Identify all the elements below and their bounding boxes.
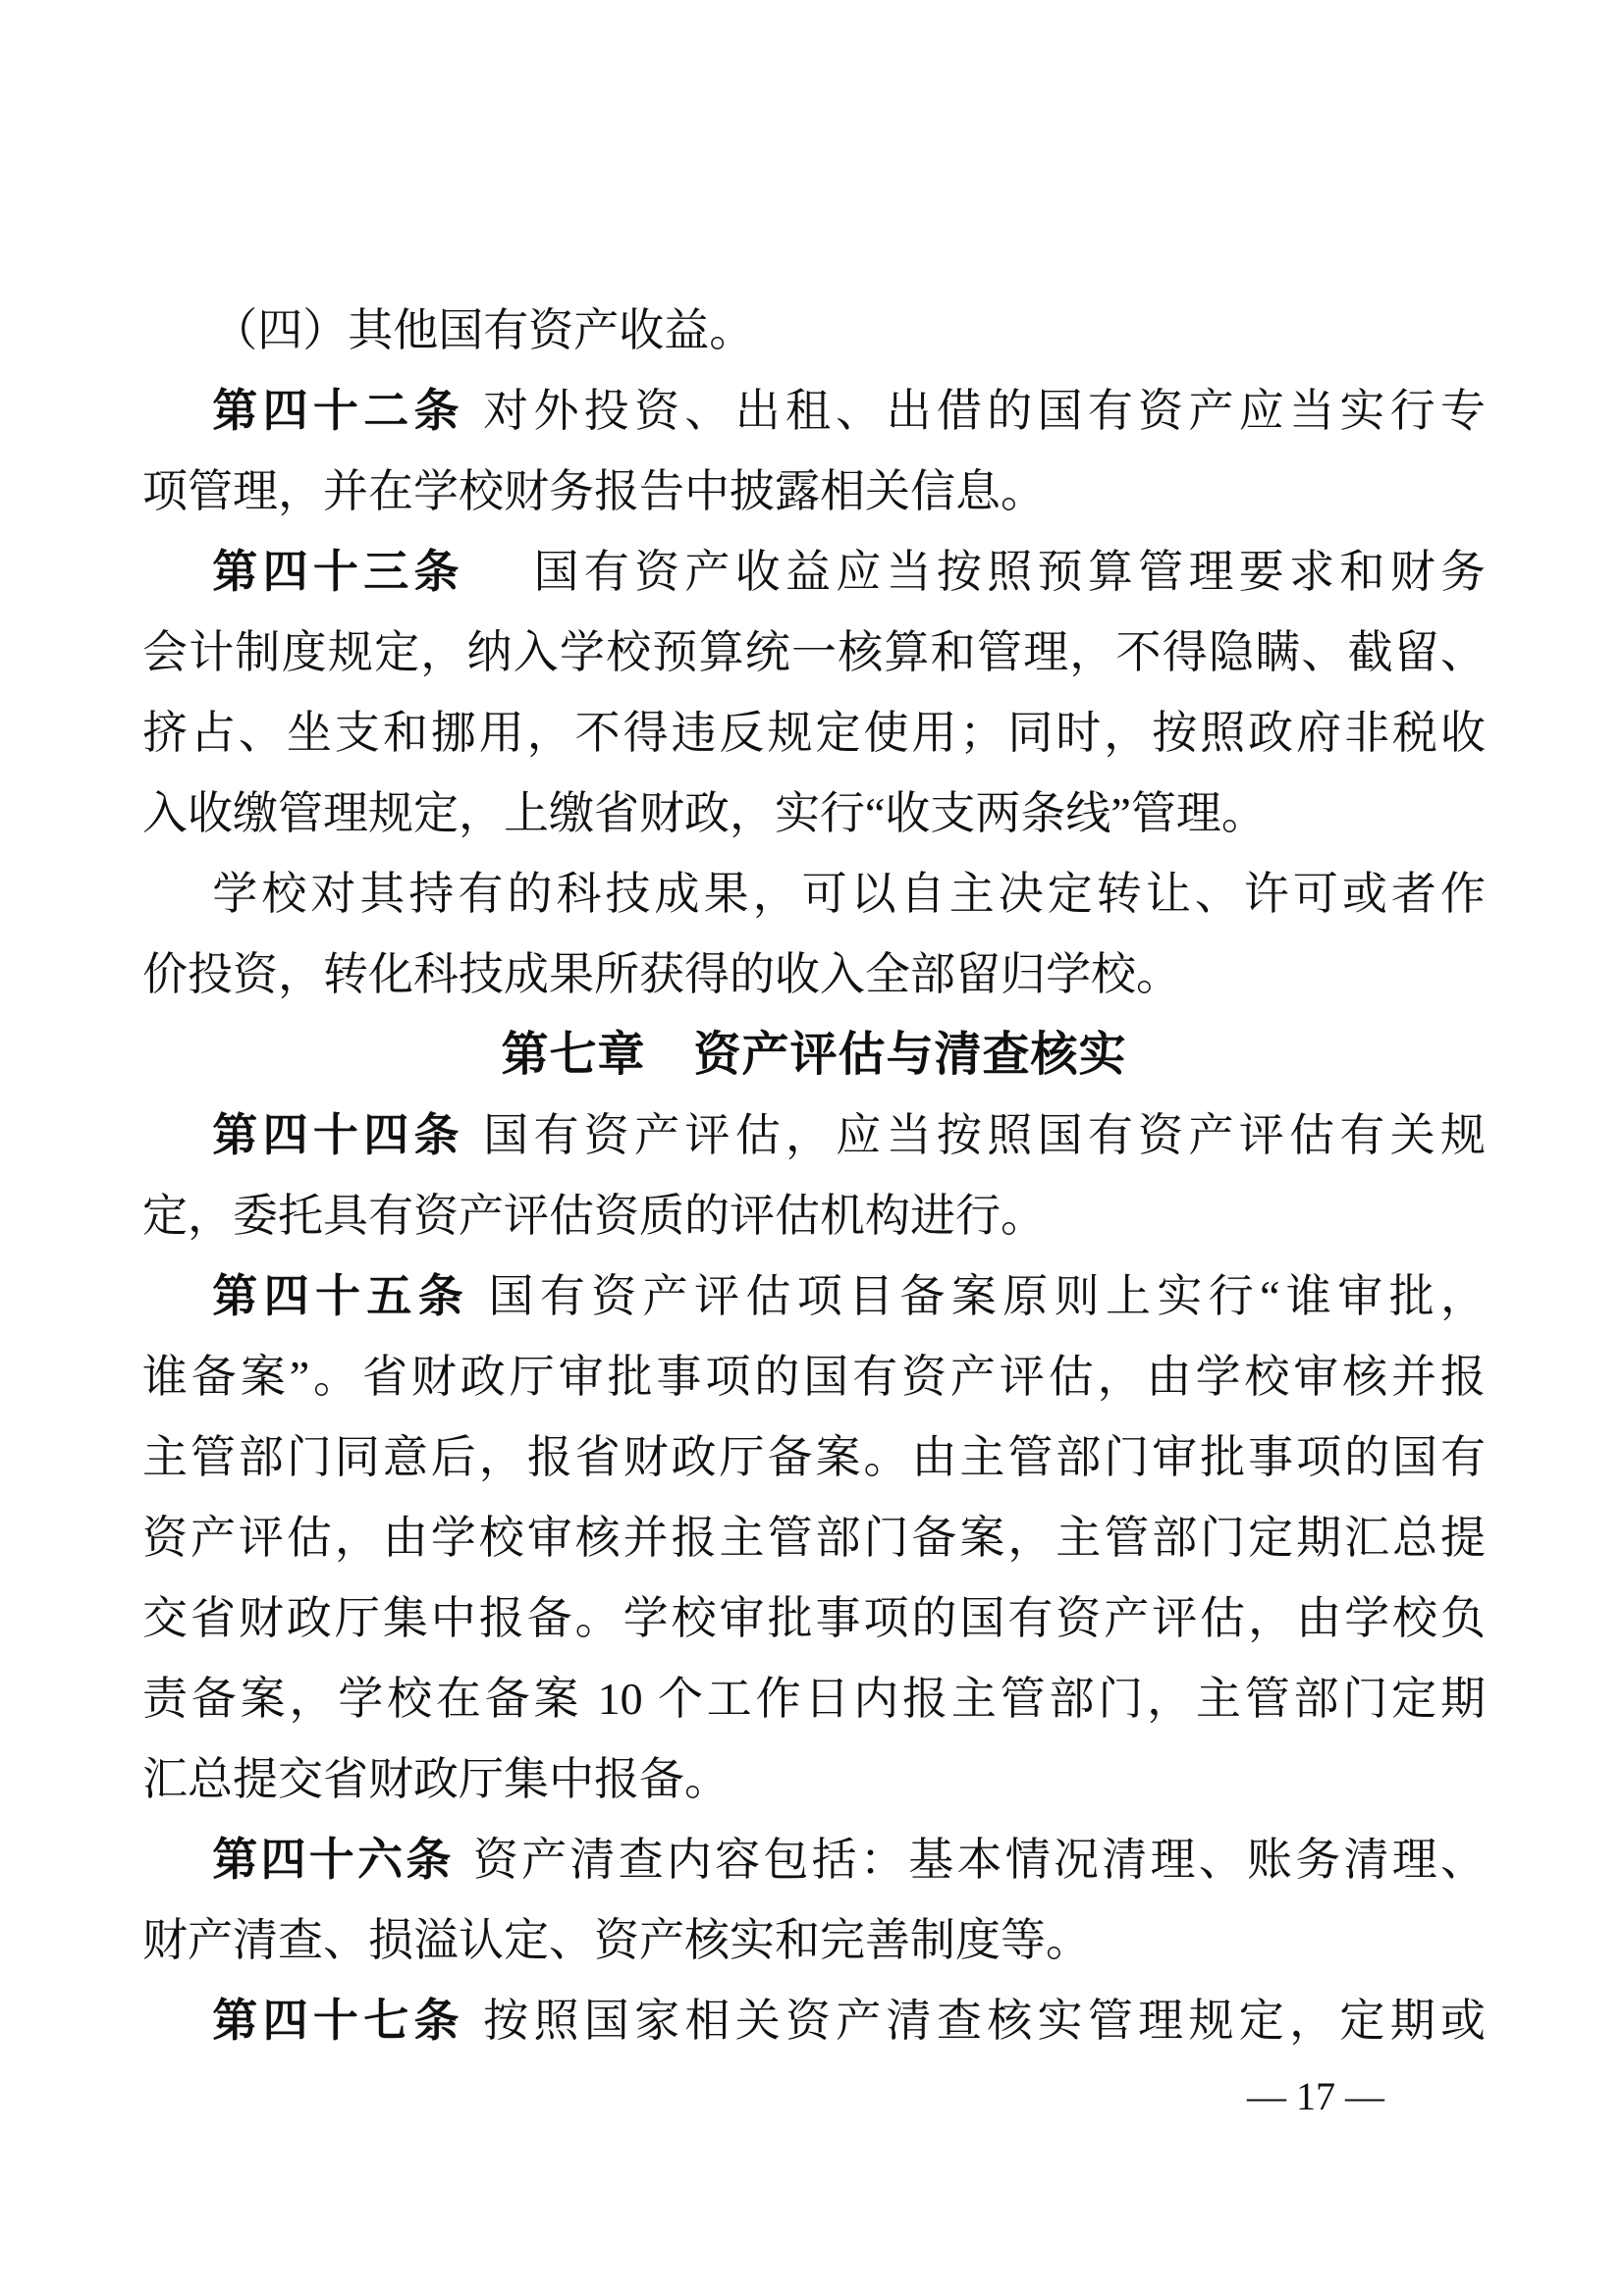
line-text: 交省财政厅集中报备。学校审批事项的国有资产评估，由学校负 bbox=[142, 1593, 1486, 1643]
line-text: 国有资产评估，应当按照国有资产评估有关规 bbox=[483, 1110, 1486, 1160]
line-text: 谁备案”。省财政厅审批事项的国有资产评估，由学校审核并报 bbox=[142, 1352, 1486, 1402]
text-line: 责备案，学校在备案 10 个工作日内报主管部门，主管部门定期 bbox=[142, 1659, 1486, 1739]
text-line: 挤占、坐支和挪用，不得违反规定使用；同时，按照政府非税收 bbox=[142, 693, 1486, 774]
line-text: 会计制度规定，纳入学校预算统一核算和管理，不得隐瞒、截留、 bbox=[142, 627, 1486, 677]
text-line: 第四十二条对外投资、出租、出借的国有资产应当实行专 bbox=[142, 371, 1486, 452]
text-line: 交省财政厅集中报备。学校审批事项的国有资产评估，由学校负 bbox=[142, 1578, 1486, 1659]
text-line: 谁备案”。省财政厅审批事项的国有资产评估，由学校审核并报 bbox=[142, 1337, 1486, 1417]
article-number: 第四十六条 bbox=[212, 1835, 454, 1885]
line-text: 入收缴管理规定，上缴省财政，实行“收支两条线”管理。 bbox=[142, 788, 1267, 838]
text-line: 价投资，转化科技成果所获得的收入全部留归学校。 bbox=[142, 934, 1486, 1015]
text-line: 定，委托具有资产评估资质的评估机构进行。 bbox=[142, 1176, 1486, 1256]
page-number: — 17 — bbox=[1247, 2073, 1384, 2120]
article-number: 第四十二条 bbox=[212, 386, 464, 436]
text-line: 入收缴管理规定，上缴省财政，实行“收支两条线”管理。 bbox=[142, 774, 1486, 854]
line-text: 价投资，转化科技成果所获得的收入全部留归学校。 bbox=[142, 949, 1181, 999]
line-text: 汇总提交省财政厅集中报备。 bbox=[142, 1754, 730, 1804]
document-page: （四）其他国有资产收益。 第四十二条对外投资、出租、出借的国有资产应当实行专 项… bbox=[0, 0, 1624, 2296]
line-text: 挤占、坐支和挪用，不得违反规定使用；同时，按照政府非税收 bbox=[142, 708, 1486, 758]
document-body: （四）其他国有资产收益。 第四十二条对外投资、出租、出借的国有资产应当实行专 项… bbox=[142, 291, 1486, 2061]
article-number: 第四十七条 bbox=[212, 1996, 464, 2046]
text-line: 学校对其持有的科技成果，可以自主决定转让、许可或者作 bbox=[142, 854, 1486, 934]
text-line: 财产清查、损溢认定、资产核实和完善制度等。 bbox=[142, 1900, 1486, 1981]
text-line: 汇总提交省财政厅集中报备。 bbox=[142, 1739, 1486, 1820]
line-text: （四）其他国有资产收益。 bbox=[212, 305, 754, 355]
line-text: 责备案，学校在备案 10 个工作日内报主管部门，主管部门定期 bbox=[142, 1674, 1486, 1724]
line-text: 按照国家相关资产清查核实管理规定，定期或 bbox=[483, 1996, 1486, 2046]
article-number: 第四十四条 bbox=[212, 1110, 464, 1160]
line-text: 主管部门同意后，报省财政厅备案。由主管部门审批事项的国有 bbox=[142, 1432, 1486, 1482]
text-line: 项管理，并在学校财务报告中披露相关信息。 bbox=[142, 452, 1486, 532]
line-text: 项管理，并在学校财务报告中披露相关信息。 bbox=[142, 466, 1046, 516]
text-line: 会计制度规定，纳入学校预算统一核算和管理，不得隐瞒、截留、 bbox=[142, 613, 1486, 693]
text-line: 资产评估，由学校审核并报主管部门备案，主管部门定期汇总提 bbox=[142, 1498, 1486, 1578]
article-number: 第四十五条 bbox=[212, 1271, 469, 1321]
line-text: 国有资产评估项目备案原则上实行“谁审批， bbox=[488, 1271, 1486, 1321]
text-line: 主管部门同意后，报省财政厅备案。由主管部门审批事项的国有 bbox=[142, 1417, 1486, 1498]
chapter-heading: 第七章 资产评估与清查核实 bbox=[142, 1015, 1486, 1095]
text-line: 第四十七条按照国家相关资产清查核实管理规定，定期或 bbox=[142, 1981, 1486, 2061]
line-text: 学校对其持有的科技成果，可以自主决定转让、许可或者作 bbox=[212, 869, 1486, 919]
line-text: 定，委托具有资产评估资质的评估机构进行。 bbox=[142, 1191, 1046, 1241]
article-number: 第四十三条 bbox=[212, 547, 464, 597]
text-line: 第四十四条国有资产评估，应当按照国有资产评估有关规 bbox=[142, 1095, 1486, 1176]
text-line: 第四十六条资产清查内容包括：基本情况清理、账务清理、 bbox=[142, 1820, 1486, 1900]
line-text: 国有资产收益应当按照预算管理要求和财务 bbox=[483, 547, 1486, 597]
line-text: 资产清查内容包括：基本情况清理、账务清理、 bbox=[473, 1835, 1486, 1885]
text-line: 第四十五条国有资产评估项目备案原则上实行“谁审批， bbox=[142, 1256, 1486, 1337]
text-line: （四）其他国有资产收益。 bbox=[142, 291, 1486, 371]
line-text: 资产评估，由学校审核并报主管部门备案，主管部门定期汇总提 bbox=[142, 1513, 1486, 1563]
line-text: 对外投资、出租、出借的国有资产应当实行专 bbox=[483, 386, 1486, 436]
line-text: 财产清查、损溢认定、资产核实和完善制度等。 bbox=[142, 1915, 1091, 1965]
text-line: 第四十三条 国有资产收益应当按照预算管理要求和财务 bbox=[142, 532, 1486, 613]
